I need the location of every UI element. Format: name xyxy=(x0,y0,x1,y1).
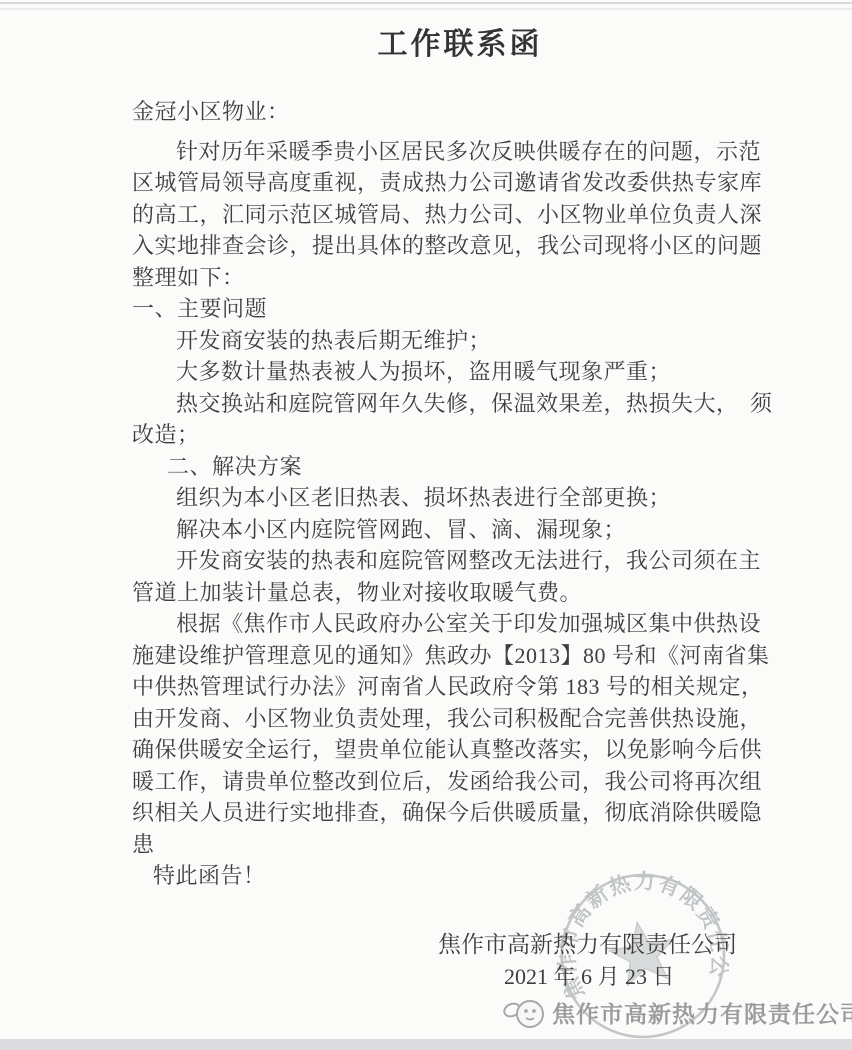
letter-line: 管道上加装计量总表，物业对接收取暖气费。 xyxy=(132,577,784,609)
section-heading-1: 一、主要问题 xyxy=(132,293,784,325)
letter-line: 整理如下： xyxy=(132,262,784,294)
letter-line: 确保供暖安全运行，望贵单位能认真整改落实，以免影响今后供 xyxy=(132,734,784,766)
letter-line: 大多数计量热表被人为损坏，盗用暖气现象严重； xyxy=(132,356,784,388)
scan-edge-line-2 xyxy=(0,8,852,10)
section-heading-2: 二、解决方案 xyxy=(132,451,784,483)
letter-line: 的高工，汇同示范区城管局、热力公司、小区物业单位负责人深 xyxy=(132,199,784,231)
letter-line: 暖工作，请贵单位整改到位后，发函给我公司，我公司将再次组 xyxy=(132,766,784,798)
watermark-logo-icon xyxy=(503,994,545,1030)
letter-line: 织相关人员进行实地排查，确保今后供暖质量，彻底消除供暖隐 xyxy=(132,797,784,829)
signature-date: 2021 年 6 月 23 日 xyxy=(504,960,675,991)
letter-line: 组织为本小区老旧热表、损坏热表进行全部更换； xyxy=(132,482,784,514)
letter-body: 金冠小区物业： 针对历年采暖季贵小区居民多次反映供暖存在的问题，示范 区城管局领… xyxy=(132,96,784,892)
letter-line: 由开发商、小区物业负责处理，我公司积极配合完善供热设施， xyxy=(132,703,784,735)
watermark: 焦作市高新热力有限责任公司 xyxy=(503,994,852,1030)
letter-line: 入实地排查会诊，提出具体的整改意见，我公司现将小区的问题 xyxy=(132,230,784,262)
salutation: 金冠小区物业： xyxy=(132,96,784,128)
scanned-letter-page: { "document": { "title": "工作联系函", "lines… xyxy=(0,0,852,1050)
letter-line: 针对历年采暖季贵小区居民多次反映供暖存在的问题，示范 xyxy=(132,136,784,168)
watermark-text: 焦作市高新热力有限责任公司 xyxy=(552,996,852,1029)
signature-company: 焦作市高新热力有限责任公司 xyxy=(438,926,737,959)
letter-line: 开发商安装的热表后期无维护； xyxy=(132,325,784,357)
letter-line: 开发商安装的热表和庭院管网整改无法进行，我公司须在主 xyxy=(132,545,784,577)
letter-line: 改造； xyxy=(132,419,784,451)
letter-line: 患 xyxy=(132,829,784,861)
letter-line: 区城管局领导高度重视，责成热力公司邀请省发改委供热专家库 xyxy=(132,167,784,199)
letter-line: 解决本小区内庭院管网跑、冒、滴、漏现象； xyxy=(132,514,784,546)
letter-line: 热交换站和庭院管网年久失修，保温效果差，热损失大， 须 xyxy=(132,388,784,420)
document-title: 工作联系函 xyxy=(68,26,852,64)
letter-line: 施建设维护管理意见的通知》焦政办【2013】80 号和《河南省集 xyxy=(132,640,784,672)
scan-edge-line xyxy=(0,2,852,4)
letter-line: 根据《焦作市人民政府办公室关于印发加强城区集中供热设 xyxy=(132,608,784,640)
letter-line: 中供热管理试行办法》河南省人民政府令第 183 号的相关规定， xyxy=(132,671,784,703)
